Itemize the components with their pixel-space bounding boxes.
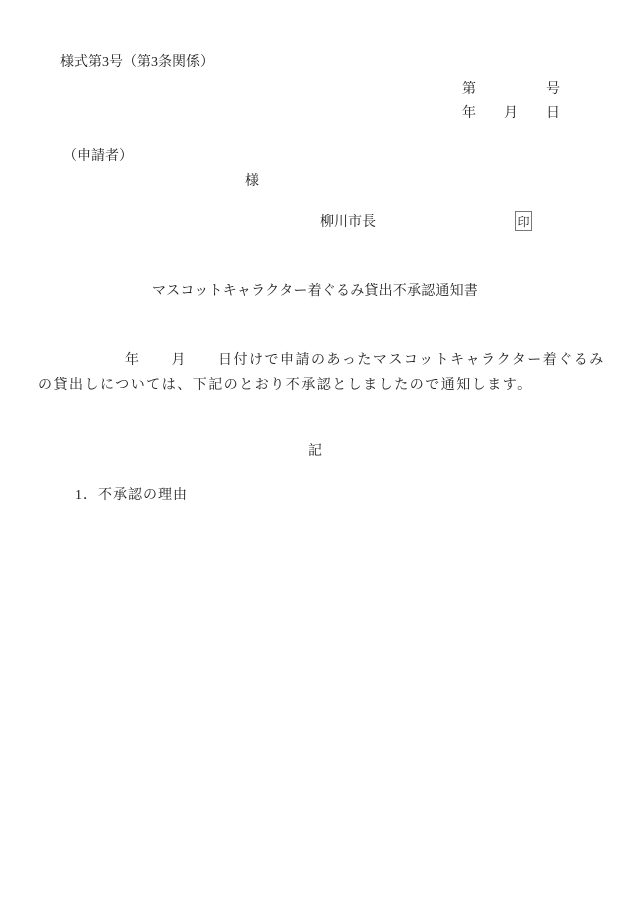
form-number-label: 様式第3号（第3条関係） (60, 54, 214, 71)
record-marker: 記 (0, 443, 630, 460)
document-page: 様式第3号（第3条関係） 第 号 年 月 日 （申請者） 様 柳川市長 印 マス… (0, 0, 630, 903)
addressee-honorific: 様 (245, 173, 259, 190)
issuer-name: 柳川市長 (320, 214, 376, 231)
document-number-line: 第 号 (462, 81, 560, 98)
issue-date-line: 年 月 日 (462, 105, 560, 122)
document-title: マスコットキャラクター着ぐるみ貸出不承認通知書 (0, 283, 630, 300)
reason-item-label: 1．不承認の理由 (75, 487, 188, 504)
body-paragraph-line-2: の貸出しについては、下記のとおり不承認としましたので通知します。 (38, 377, 533, 394)
seal-stamp: 印 (515, 211, 532, 231)
applicant-label: （申請者） (63, 148, 133, 165)
body-paragraph-line-1: 年 月 日付けで申請のあったマスコットキャラクター着ぐるみ (125, 352, 605, 369)
